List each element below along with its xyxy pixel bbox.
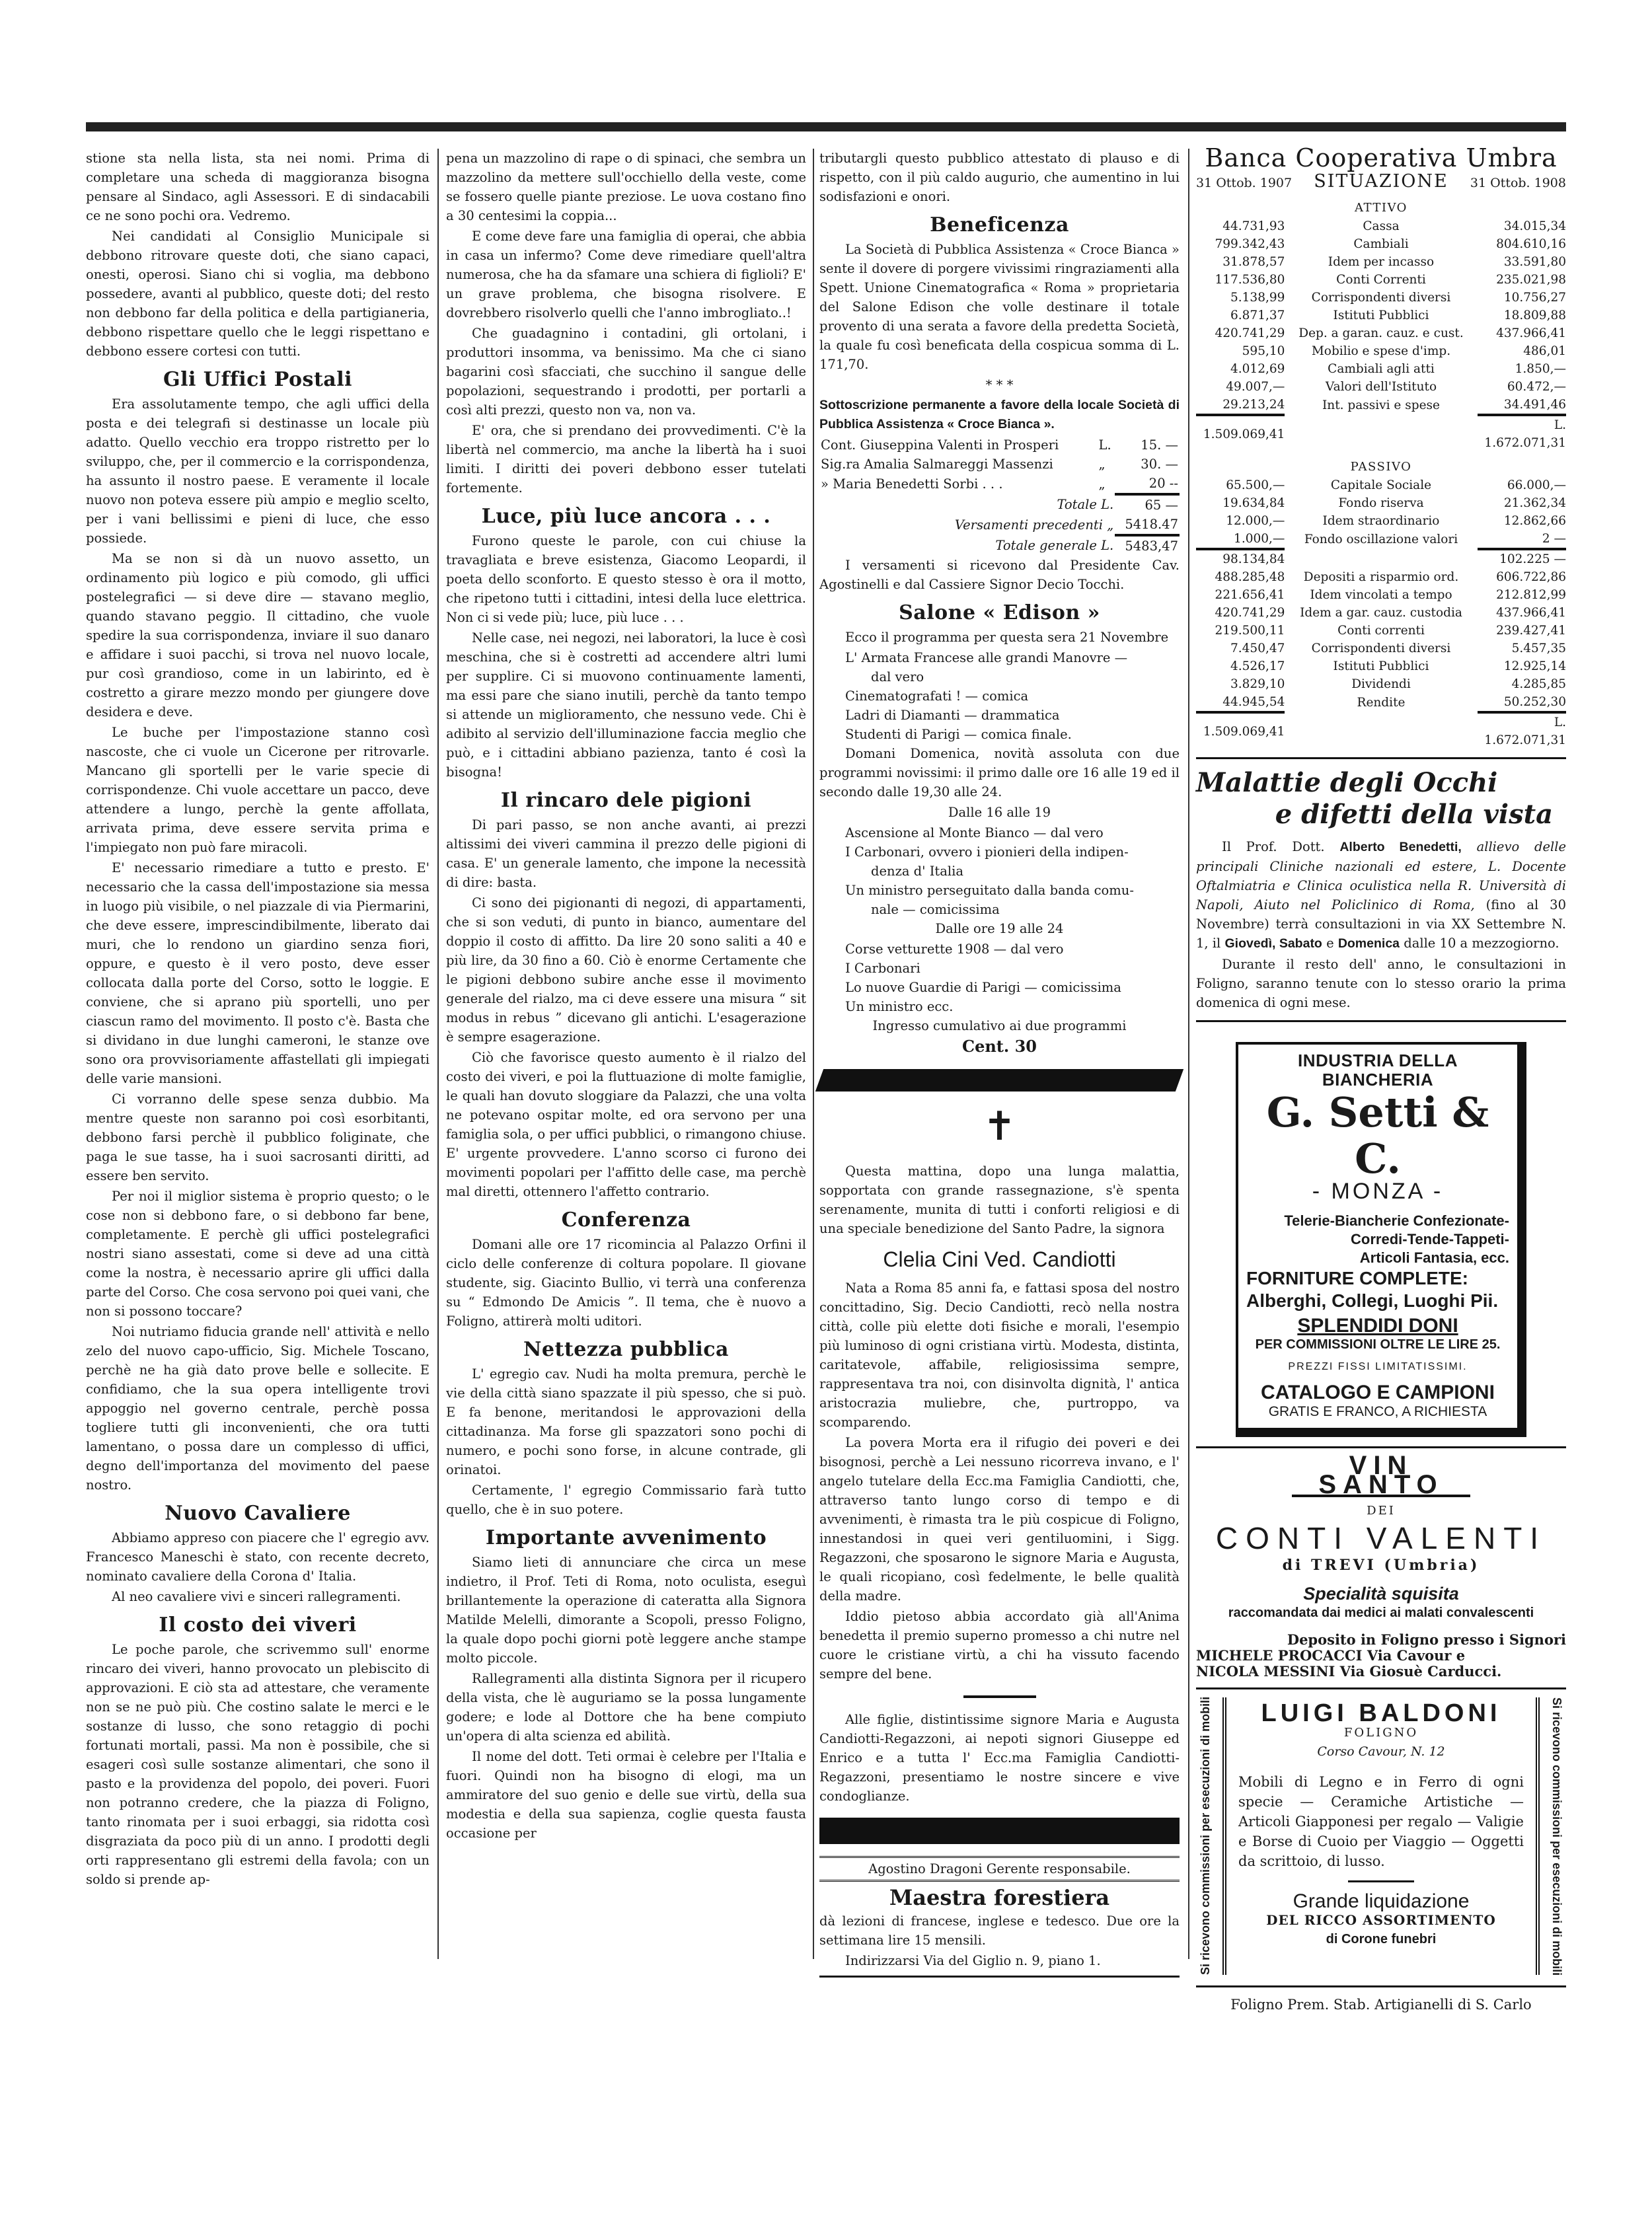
table-row: 65.500,—Capitale Sociale66.000,— <box>1196 476 1566 494</box>
top-rule <box>86 122 1566 131</box>
headline-uffici-postali: Gli Uffici Postali <box>86 370 430 389</box>
paragraph: Nei candidati al Consiglio Municipale si… <box>86 227 430 361</box>
side-text-right: Si ricevono commissioni per esecuzioni d… <box>1544 1697 1566 1975</box>
paragraph: tributargli questo pubblico attestato di… <box>819 149 1180 206</box>
grand-total-row: Totale generale L.5483,47 <box>819 535 1180 556</box>
ad-occhi-subtitle: e difetti della vista <box>1196 799 1566 831</box>
paragraph: Nelle case, nei negozi, nei laboratori, … <box>446 628 806 782</box>
admission-price: Cent. 30 <box>819 1037 1180 1056</box>
ad-maestra-body: dà lezioni di francese, inglese e tedesc… <box>819 1911 1180 1950</box>
table-row: 7.450,47Corrispondenti diversi5.457,35 <box>1196 640 1566 657</box>
total-row: Totale L.65 — <box>819 494 1180 515</box>
program-slot-1: Ascensione al Monte Bianco — dal vero I … <box>819 823 1180 919</box>
paragraph: Per noi il miglior sistema è proprio que… <box>86 1187 430 1321</box>
headline-conferenza: Conferenza <box>446 1210 806 1230</box>
paragraph: Alle figlie, distintissime signore Maria… <box>819 1710 1180 1806</box>
ad-occhi-title: Malattie degli Occhi <box>1196 767 1566 799</box>
column-divider <box>1188 149 1189 1959</box>
slot-label: Dalle ore 19 alle 24 <box>819 919 1180 938</box>
headline-costo-viveri: Il costo dei viveri <box>86 1615 430 1635</box>
ad-occhi-body: Il Prof. Dott. Alberto Benedetti, alliev… <box>1196 837 1566 953</box>
ad-maestra-address: Indirizzarsi Via del Giglio n. 9, piano … <box>819 1951 1180 1970</box>
divider <box>1196 1687 1566 1689</box>
paragraph: Il nome del dott. Teti ormai è celebre p… <box>446 1747 806 1843</box>
column-3: tributargli questo pubblico attestato di… <box>819 149 1180 1978</box>
paragraph: La povera Morta era il rifugio dei pover… <box>819 1433 1180 1606</box>
paragraph: Ecco il programma per questa sera 21 Nov… <box>819 628 1180 647</box>
paragraph: Ci sono dei pigionanti di negozi, di app… <box>446 893 806 1047</box>
donor-list: Cont. Giuseppina Valenti in ProsperiL.15… <box>819 435 1180 556</box>
paragraph: Era assolutamente tempo, che agli uffici… <box>86 394 430 548</box>
divider <box>963 1695 1036 1698</box>
paragraph: Questa mattina, dopo una lunga malattia,… <box>819 1162 1180 1238</box>
date-1908: 31 Ottob. 1908 <box>1470 174 1566 193</box>
mourning-bar <box>819 1818 1180 1844</box>
side-text-left: Si ricevono commissioni per esecuzioni d… <box>1196 1697 1219 1975</box>
paragraph: E' necessario rimediare a tutto e presto… <box>86 858 430 1088</box>
headline-nettezza: Nettezza pubblica <box>446 1340 806 1359</box>
table-row: 3.829,10Dividendi4.285,85 <box>1196 675 1566 693</box>
ad-luigi-baldoni: Si ricevono commissioni per esecuzioni d… <box>1196 1697 1566 1975</box>
paragraph: stione sta nella lista, sta nei nomi. Pr… <box>86 149 430 225</box>
table-row: 1.000,—Fondo oscillazione valori2 — <box>1196 530 1566 549</box>
paragraph: Che guadagnino i contadini, gli ortolani… <box>446 324 806 420</box>
ad-setti-monza: INDUSTRIA DELLA BIANCHERIA G. Setti & C.… <box>1236 1042 1526 1437</box>
divider <box>819 1976 1180 1978</box>
table-row: 5.138,99Corrispondenti diversi10.756,27 <box>1196 289 1566 307</box>
table-row: 44.945,54Rendite50.252,30 <box>1196 693 1566 712</box>
total-row: 1.509.069,41L. 1.672.071,31 <box>1196 415 1566 452</box>
subtotal-row: 98.134,84102.225 — <box>1196 549 1566 568</box>
headline-beneficenza: Beneficenza <box>819 215 1180 235</box>
ad-vin-depots: Deposito in Foligno presso i Signori MIC… <box>1196 1632 1566 1680</box>
attivo-table: 44.731,93Cassa34.015,34 799.342,43Cambia… <box>1196 217 1566 452</box>
paragraph: Noi nutriamo fiducia grande nell' attivi… <box>86 1322 430 1495</box>
paragraph: Rallegramenti alla distinta Signora per … <box>446 1669 806 1746</box>
divider <box>1348 1880 1414 1882</box>
table-row: 420.741,29Idem a gar. cauz. custodia437.… <box>1196 604 1566 622</box>
paragraph: pena un mazzolino di rape o di spinaci, … <box>446 149 806 225</box>
paragraph: Ci vorranno delle spese senza dubbio. Ma… <box>86 1090 430 1185</box>
setti-logo: G. Setti & C. <box>1246 1090 1509 1182</box>
table-row: 117.536,80Conti Correnti235.021,98 <box>1196 271 1566 289</box>
paragraph: L' egregio cav. Nudi ha molta premura, p… <box>446 1364 806 1479</box>
editor-line: Agostino Dragoni Gerente responsabile. <box>819 1856 1180 1882</box>
column-4: Banca Cooperativa Umbra 31 Ottob. 1907 S… <box>1196 149 1566 2015</box>
paragraph: Domani Domenica, novità assoluta con due… <box>819 744 1180 801</box>
paragraph: I versamenti si ricevono dal Presidente … <box>819 556 1180 594</box>
paragraph: Ciò che favorisce questo aumento è il ri… <box>446 1048 806 1201</box>
divider <box>1196 757 1566 759</box>
table-row: 420.741,29Dep. a garan. cauz. e cust.437… <box>1196 324 1566 342</box>
table-row: 488.285,48Depositi a risparmio ord.606.7… <box>1196 568 1566 586</box>
table-row: 49.007,—Valori dell'Istituto60.472,— <box>1196 378 1566 396</box>
bank-title: Banca Cooperativa Umbra <box>1196 149 1566 168</box>
subscription-title: Sottoscrizione permanente a favore della… <box>819 396 1180 434</box>
total-row: 1.509.069,41L. 1.672.071,31 <box>1196 712 1566 749</box>
paragraph: E' ora, che si prendano dei provvediment… <box>446 421 806 498</box>
passivo-label: PASSIVO <box>1196 457 1566 476</box>
table-row: 31.878,57Idem per incasso33.591,80 <box>1196 253 1566 271</box>
table-row: 29.213,24Int. passivi e spese34.491,46 <box>1196 396 1566 415</box>
paragraph: Certamente, l' egregio Commissario farà … <box>446 1481 806 1519</box>
attivo-label: ATTIVO <box>1196 198 1566 217</box>
table-row: 219.500,11Conti correnti239.427,41 <box>1196 622 1566 640</box>
previous-row: Versamenti precedenti „5418.47 <box>819 515 1180 535</box>
paragraph: Furono queste le parole, con cui chiuse … <box>446 531 806 627</box>
headline-luce: Luce, più luce ancora . . . <box>446 507 806 526</box>
paragraph: La Società di Pubblica Assistenza « Croc… <box>819 240 1180 374</box>
divider <box>1196 1446 1566 1448</box>
table-row: 799.342,43Cambiali804.610,16 <box>1196 235 1566 253</box>
table-row: 19.634,84Fondo riserva21.362,34 <box>1196 494 1566 512</box>
mourning-band <box>815 1069 1183 1092</box>
column-1: stione sta nella lista, sta nei nomi. Pr… <box>86 149 430 1890</box>
baldoni-name: LUIGI BALDONI <box>1238 1704 1524 1723</box>
paragraph: Le buche per l'impostazione stanno così … <box>86 723 430 857</box>
column-2: pena un mazzolino di rape o di spinaci, … <box>446 149 806 1844</box>
paragraph: Nata a Roma 85 anni fa, e fattasi sposa … <box>819 1278 1180 1432</box>
donor-row: Sig.ra Amalia Salmareggi Massenzi„30. — <box>819 455 1180 474</box>
paragraph: Abbiamo appreso con piacere che l' egreg… <box>86 1528 430 1586</box>
admission-text: Ingresso cumulativo ai due programmi <box>819 1016 1180 1035</box>
table-row: 6.871,37Istituti Pubblici18.809,88 <box>1196 307 1566 324</box>
table-row: 4.526,17Istituti Pubblici12.925,14 <box>1196 657 1566 675</box>
bank-header: 31 Ottob. 1907 SITUAZIONE 31 Ottob. 1908 <box>1196 172 1566 193</box>
asterism: * * * <box>819 375 1180 394</box>
ad-vin-producer: CONTI VALENTI <box>1196 1520 1566 1556</box>
doctor-name: Alberto Benedetti, <box>1339 840 1461 854</box>
paragraph: Le poche parole, che scrivemmo sull' eno… <box>86 1640 430 1889</box>
passivo-table: 65.500,—Capitale Sociale66.000,— 19.634,… <box>1196 476 1566 749</box>
headline-pigioni: Il rincaro dele pigioni <box>446 791 806 810</box>
paragraph: Ma se non si dà un nuovo assetto, un ord… <box>86 549 430 722</box>
paragraph: Iddio pietoso abbia accordato già all'An… <box>819 1607 1180 1684</box>
table-row: 4.012,69Cambiali agli atti1.850,— <box>1196 360 1566 378</box>
slot-label: Dalle 16 alle 19 <box>819 803 1180 822</box>
headline-nuovo-cavaliere: Nuovo Cavaliere <box>86 1504 430 1523</box>
printer-imprint: Foligno Prem. Stab. Artigianelli di S. C… <box>1196 1985 1566 2015</box>
table-row: 44.731,93Cassa34.015,34 <box>1196 217 1566 235</box>
column-divider <box>437 149 439 1959</box>
paragraph: Siamo lieti di annunciare che circa un m… <box>446 1553 806 1668</box>
donor-row: » Maria Benedetti Sorbi . . .„20 -- <box>819 474 1180 494</box>
program-tonight: L' Armata Francese alle grandi Manovre —… <box>819 648 1180 744</box>
program-slot-2: Corse vetturette 1908 — dal vero I Carbo… <box>819 940 1180 1016</box>
column-divider <box>813 149 814 1959</box>
paragraph: Al neo cavaliere vivi e sinceri rallegra… <box>86 1587 430 1606</box>
ad-maestra-title: Maestra forestiera <box>819 1888 1180 1907</box>
divider <box>1196 1020 1566 1022</box>
newspaper-page: stione sta nella lista, sta nei nomi. Pr… <box>86 122 1579 2104</box>
paragraph: E come deve fare una famiglia di operai,… <box>446 227 806 322</box>
ad-occhi-rest: Durante il resto dell' anno, le consulta… <box>1196 955 1566 1012</box>
table-row: 595,10Mobilio e spese d'imp.486,01 <box>1196 342 1566 360</box>
date-1907: 31 Ottob. 1907 <box>1196 174 1292 193</box>
cross-icon: ✝ <box>819 1103 1180 1150</box>
donor-row: Cont. Giuseppina Valenti in ProsperiL.15… <box>819 435 1180 455</box>
headline-avvenimento: Importante avvenimento <box>446 1528 806 1547</box>
ad-vin-santo-title: VIN SANTO <box>1292 1456 1470 1497</box>
headline-salone-edison: Salone « Edison » <box>819 603 1180 622</box>
table-row: 221.656,41Idem vincolati a tempo212.812,… <box>1196 586 1566 604</box>
obituary-name: Clelia Cini Ved. Candiotti <box>819 1250 1180 1269</box>
paragraph: Di pari passo, se non anche avanti, ai p… <box>446 815 806 892</box>
paragraph: Domani alle ore 17 ricomincia al Palazzo… <box>446 1235 806 1331</box>
situazione-label: SITUAZIONE <box>1314 172 1448 191</box>
table-row: 12.000,—Idem straordinario12.862,66 <box>1196 512 1566 530</box>
